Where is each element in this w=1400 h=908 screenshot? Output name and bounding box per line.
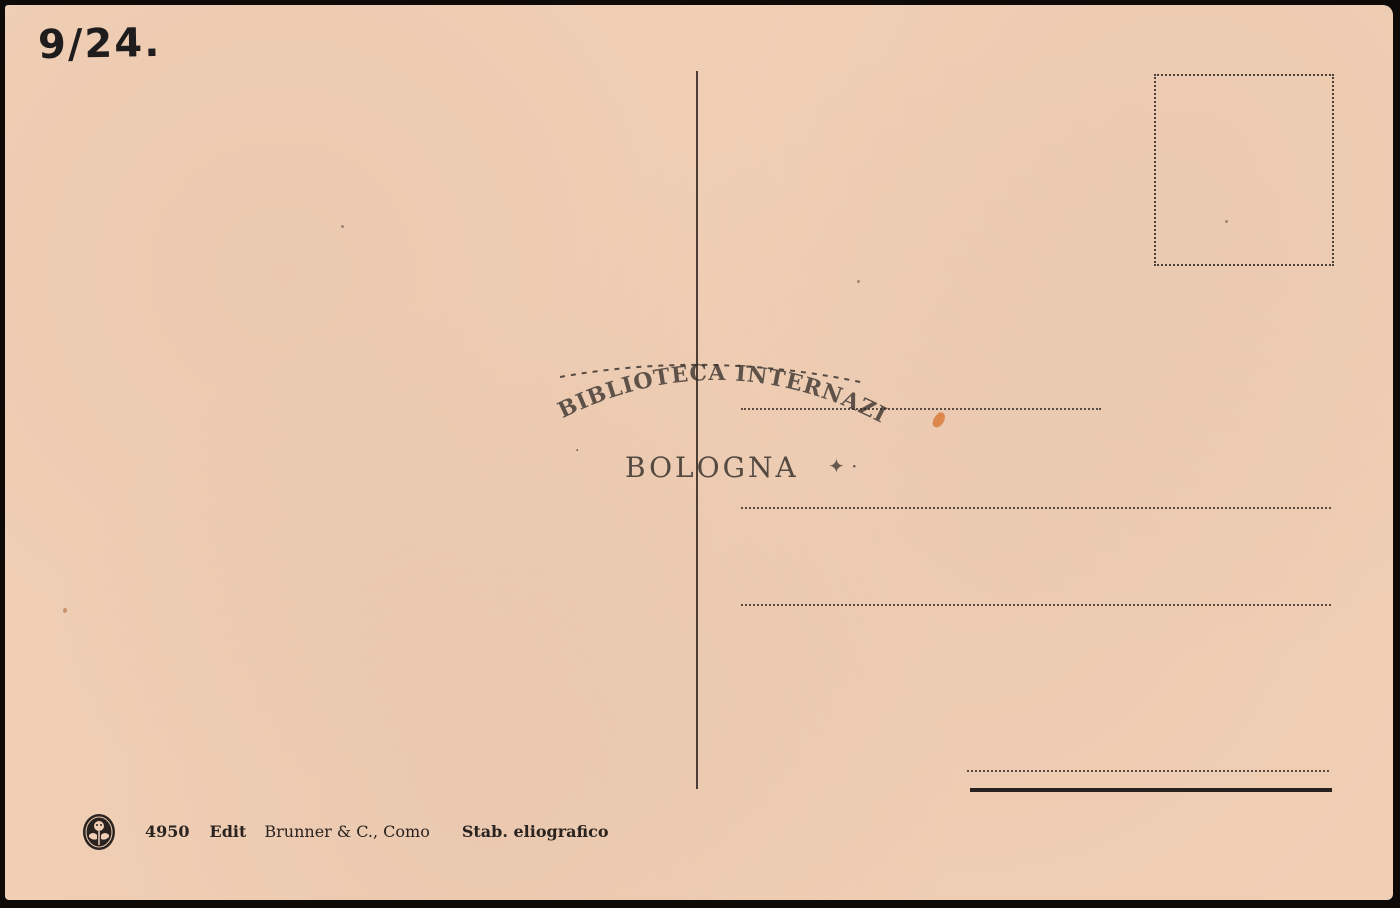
- address-line-3: [741, 604, 1331, 606]
- ink-stain: [930, 411, 947, 430]
- library-postmark: BIBLIOTECA INTERNAZIONALE BOLOGNA ✦ · ·: [530, 355, 900, 490]
- postmark-stamp-icon: BIBLIOTECA INTERNAZIONALE BOLOGNA ✦ · ·: [530, 355, 900, 490]
- stamp-placeholder-box: [1154, 74, 1334, 266]
- address-line-2: [741, 507, 1331, 509]
- postcard-back: 9/24. BIBLIOTECA INTERNAZIONALE BOLOGNA …: [5, 5, 1393, 900]
- svg-text:✦ ·: ✦ ·: [828, 454, 857, 478]
- paper-speck: [63, 608, 67, 613]
- postmark-city-text: BOLOGNA: [625, 451, 799, 484]
- paper-speck: [1225, 220, 1228, 223]
- publisher-footer: 4950 Edit Brunner & C., Como Stab. eliog…: [81, 811, 609, 851]
- catalog-number: 4950: [145, 822, 190, 841]
- publisher-name: Brunner & C., Como: [264, 822, 429, 841]
- edit-label: Edit: [210, 822, 247, 841]
- svg-text:BIBLIOTECA INTERNAZIONALE: BIBLIOTECA INTERNAZIONALE: [530, 355, 891, 429]
- paper-speck: [857, 280, 860, 283]
- address-line-4: [967, 770, 1329, 772]
- postmark-top-text: BIBLIOTECA INTERNAZIONALE: [530, 355, 891, 429]
- publisher-logo-icon: [81, 811, 117, 851]
- svg-text:·: ·: [575, 443, 579, 459]
- handwritten-note: 9/24.: [38, 20, 162, 68]
- address-underline: [970, 788, 1332, 792]
- printer-name: Stab. eliografico: [462, 822, 609, 841]
- paper-speck: [341, 225, 344, 228]
